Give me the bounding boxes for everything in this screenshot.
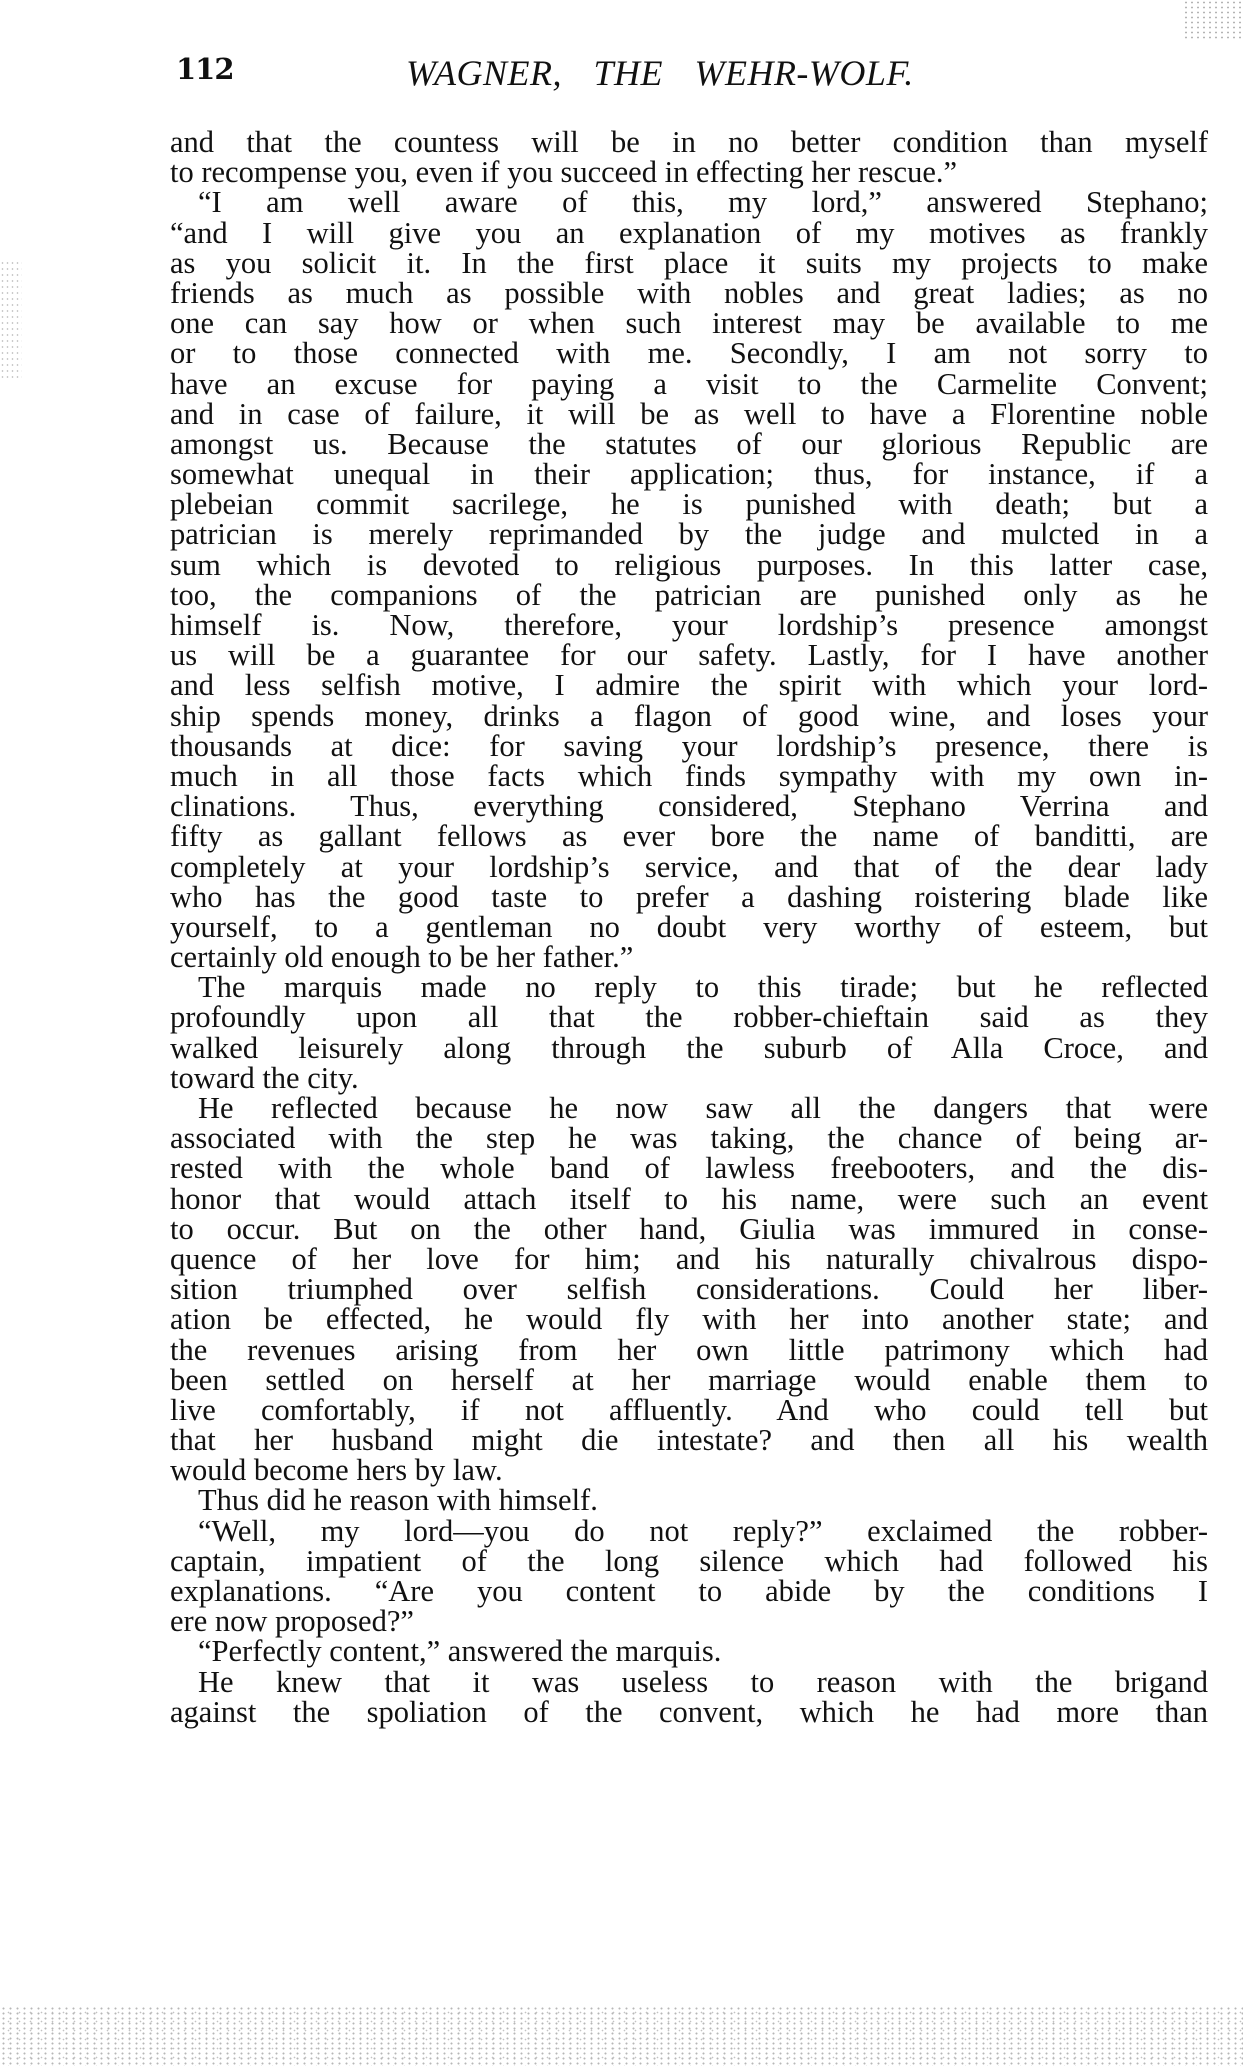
text-line: Thus did he reason with himself. [170,1485,1208,1515]
text-line: profoundly upon all that the robber-chie… [170,1002,1208,1032]
text-line: to recompense you, even if you succeed i… [170,157,1208,187]
text-line: against the spoliation of the convent, w… [170,1697,1208,1727]
text-line: plebeian commit sacrilege, he is punishe… [170,489,1208,519]
running-title: WAGNER, THE WEHR-WOLF. [406,52,914,94]
text-line: too, the companions of the patrician are… [170,580,1208,610]
text-line: would become hers by law. [170,1455,1208,1485]
scan-noise-left-margin [0,260,22,380]
text-line: and in case of failure, it will be as we… [170,399,1208,429]
text-line: friends as much as possible with nobles … [170,278,1208,308]
text-line: “Perfectly content,” answered the marqui… [170,1636,1208,1666]
text-line: sition triumphed over selfish considerat… [170,1274,1208,1304]
text-line: to occur. But on the other hand, Giulia … [170,1214,1208,1244]
text-line: ere now proposed?” [170,1606,1208,1636]
body-text: and that the countess will be in no bett… [170,127,1208,1727]
text-line: honor that would attach itself to his na… [170,1184,1208,1214]
scan-noise-top-right [1183,0,1243,40]
text-line: patrician is merely reprimanded by the j… [170,519,1208,549]
text-line: the revenues arising from her own little… [170,1335,1208,1365]
text-line: who has the good taste to prefer a dashi… [170,882,1208,912]
text-line: thousands at dice: for saving your lords… [170,731,1208,761]
text-line: “Well, my lord—you do not reply?” exclai… [170,1516,1208,1546]
text-line: fifty as gallant fellows as ever bore th… [170,821,1208,851]
text-line: been settled on herself at her marriage … [170,1365,1208,1395]
text-line: quence of her love for him; and his natu… [170,1244,1208,1274]
text-line: somewhat unequal in their application; t… [170,459,1208,489]
text-line: He reflected because he now saw all the … [170,1093,1208,1123]
text-line: captain, impatient of the long silence w… [170,1546,1208,1576]
text-line: ation be effected, he would fly with her… [170,1304,1208,1334]
text-line: and that the countess will be in no bett… [170,127,1208,157]
running-head: 112 WAGNER, THE WEHR-WOLF. [176,52,1206,92]
text-line: completely at your lordship’s service, a… [170,852,1208,882]
text-line: have an excuse for paying a visit to the… [170,369,1208,399]
text-line: himself is. Now, therefore, your lordshi… [170,610,1208,640]
text-line: clinations. Thus, everything considered,… [170,791,1208,821]
text-line: sum which is devoted to religious purpos… [170,550,1208,580]
text-line: walked leisurely along through the subur… [170,1033,1208,1063]
text-line: that her husband might die intestate? an… [170,1425,1208,1455]
text-line: The marquis made no reply to this tirade… [170,972,1208,1002]
text-line: us will be a guarantee for our safety. L… [170,640,1208,670]
book-page: 112 WAGNER, THE WEHR-WOLF. and that the … [0,0,1243,2066]
text-line: amongst us. Because the statutes of our … [170,429,1208,459]
text-line: as you solicit it. In the first place it… [170,248,1208,278]
text-line: ship spends money, drinks a flagon of go… [170,701,1208,731]
text-line: “I am well aware of this, my lord,” answ… [170,187,1208,217]
page-number: 112 [176,52,234,86]
text-line: yourself, to a gentleman no doubt very w… [170,912,1208,942]
text-line: much in all those facts which finds symp… [170,761,1208,791]
text-line: and less selfish motive, I admire the sp… [170,670,1208,700]
text-line: rested with the whole band of lawless fr… [170,1153,1208,1183]
text-line: or to those connected with me. Secondly,… [170,338,1208,368]
text-line: He knew that it was useless to reason wi… [170,1667,1208,1697]
text-line: “and I will give you an explanation of m… [170,218,1208,248]
text-line: explanations. “Are you content to abide … [170,1576,1208,1606]
text-line: associated with the step he was taking, … [170,1123,1208,1153]
scan-noise-bottom [0,2006,1243,2066]
text-line: live comfortably, if not affluently. And… [170,1395,1208,1425]
text-line: certainly old enough to be her father.” [170,942,1208,972]
text-line: toward the city. [170,1063,1208,1093]
text-line: one can say how or when such interest ma… [170,308,1208,338]
